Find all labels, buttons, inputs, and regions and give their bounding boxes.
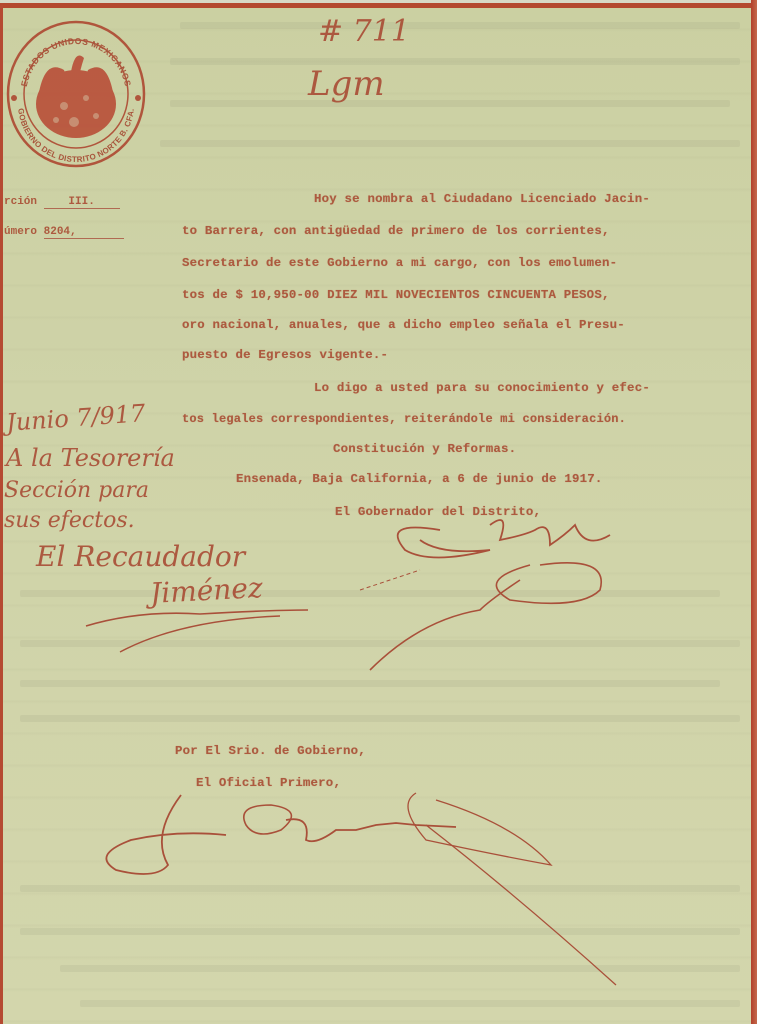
page-border-left — [0, 5, 3, 1024]
handwritten-initials: Lgm — [308, 64, 385, 104]
seal-icon: ESTADOS UNIDOS MEXICANOS GOBIERNO DEL DI… — [4, 18, 148, 168]
body-line: Secretario de este Gobierno a mi cargo, … — [182, 256, 617, 270]
body-line: oro nacional, anuales, que a dicho emple… — [182, 318, 625, 332]
body-line: tos legales correspondientes, reiterándo… — [182, 412, 626, 426]
margin-note-line: sus efectos. — [4, 508, 135, 533]
margin-note-line: Sección para — [4, 478, 149, 503]
page-border-top — [0, 0, 757, 8]
number-label: úmero — [4, 226, 37, 238]
body-line: tos de $ 10,950-00 DIEZ MIL NOVECIENTOS … — [182, 288, 610, 302]
bleed-through-line — [170, 58, 740, 65]
bleed-through-line — [160, 140, 740, 147]
body-line: puesto de Egresos vigente.- — [182, 348, 388, 362]
bleed-through-line — [170, 100, 730, 107]
section-label: rción — [4, 196, 37, 208]
motto: Constitución y Reformas. — [333, 442, 516, 456]
governor-signature — [360, 510, 640, 680]
place-date: Ensenada, Baja California, a 6 de junio … — [236, 472, 603, 486]
margin-note-line: El Recaudador — [36, 540, 245, 573]
number-value: 8204, — [44, 226, 124, 239]
bleed-through-line — [80, 1000, 740, 1007]
section-reference: rción III. — [4, 196, 120, 209]
body-line: to Barrera, con antigüedad de primero de… — [182, 224, 610, 238]
body-line: Lo digo a usted para su conocimiento y e… — [314, 381, 650, 395]
bleed-through-line — [180, 22, 740, 29]
bleed-through-line — [20, 680, 720, 687]
bleed-through-line — [20, 715, 740, 722]
handwritten-file-number: # 711 — [318, 14, 410, 49]
recaudador-signature-flourish — [80, 580, 320, 660]
body-line: Hoy se nombra al Ciudadano Licenciado Ja… — [314, 192, 650, 206]
page-border-right — [751, 0, 757, 1024]
secretary-signature — [96, 785, 616, 995]
number-reference: úmero 8204, — [4, 226, 124, 239]
government-seal: ESTADOS UNIDOS MEXICANOS GOBIERNO DEL DI… — [4, 18, 148, 168]
section-value: III. — [44, 196, 120, 209]
secretary-line: Por El Srio. de Gobierno, — [175, 744, 366, 758]
margin-note-line: A la Tesorería — [6, 444, 175, 472]
